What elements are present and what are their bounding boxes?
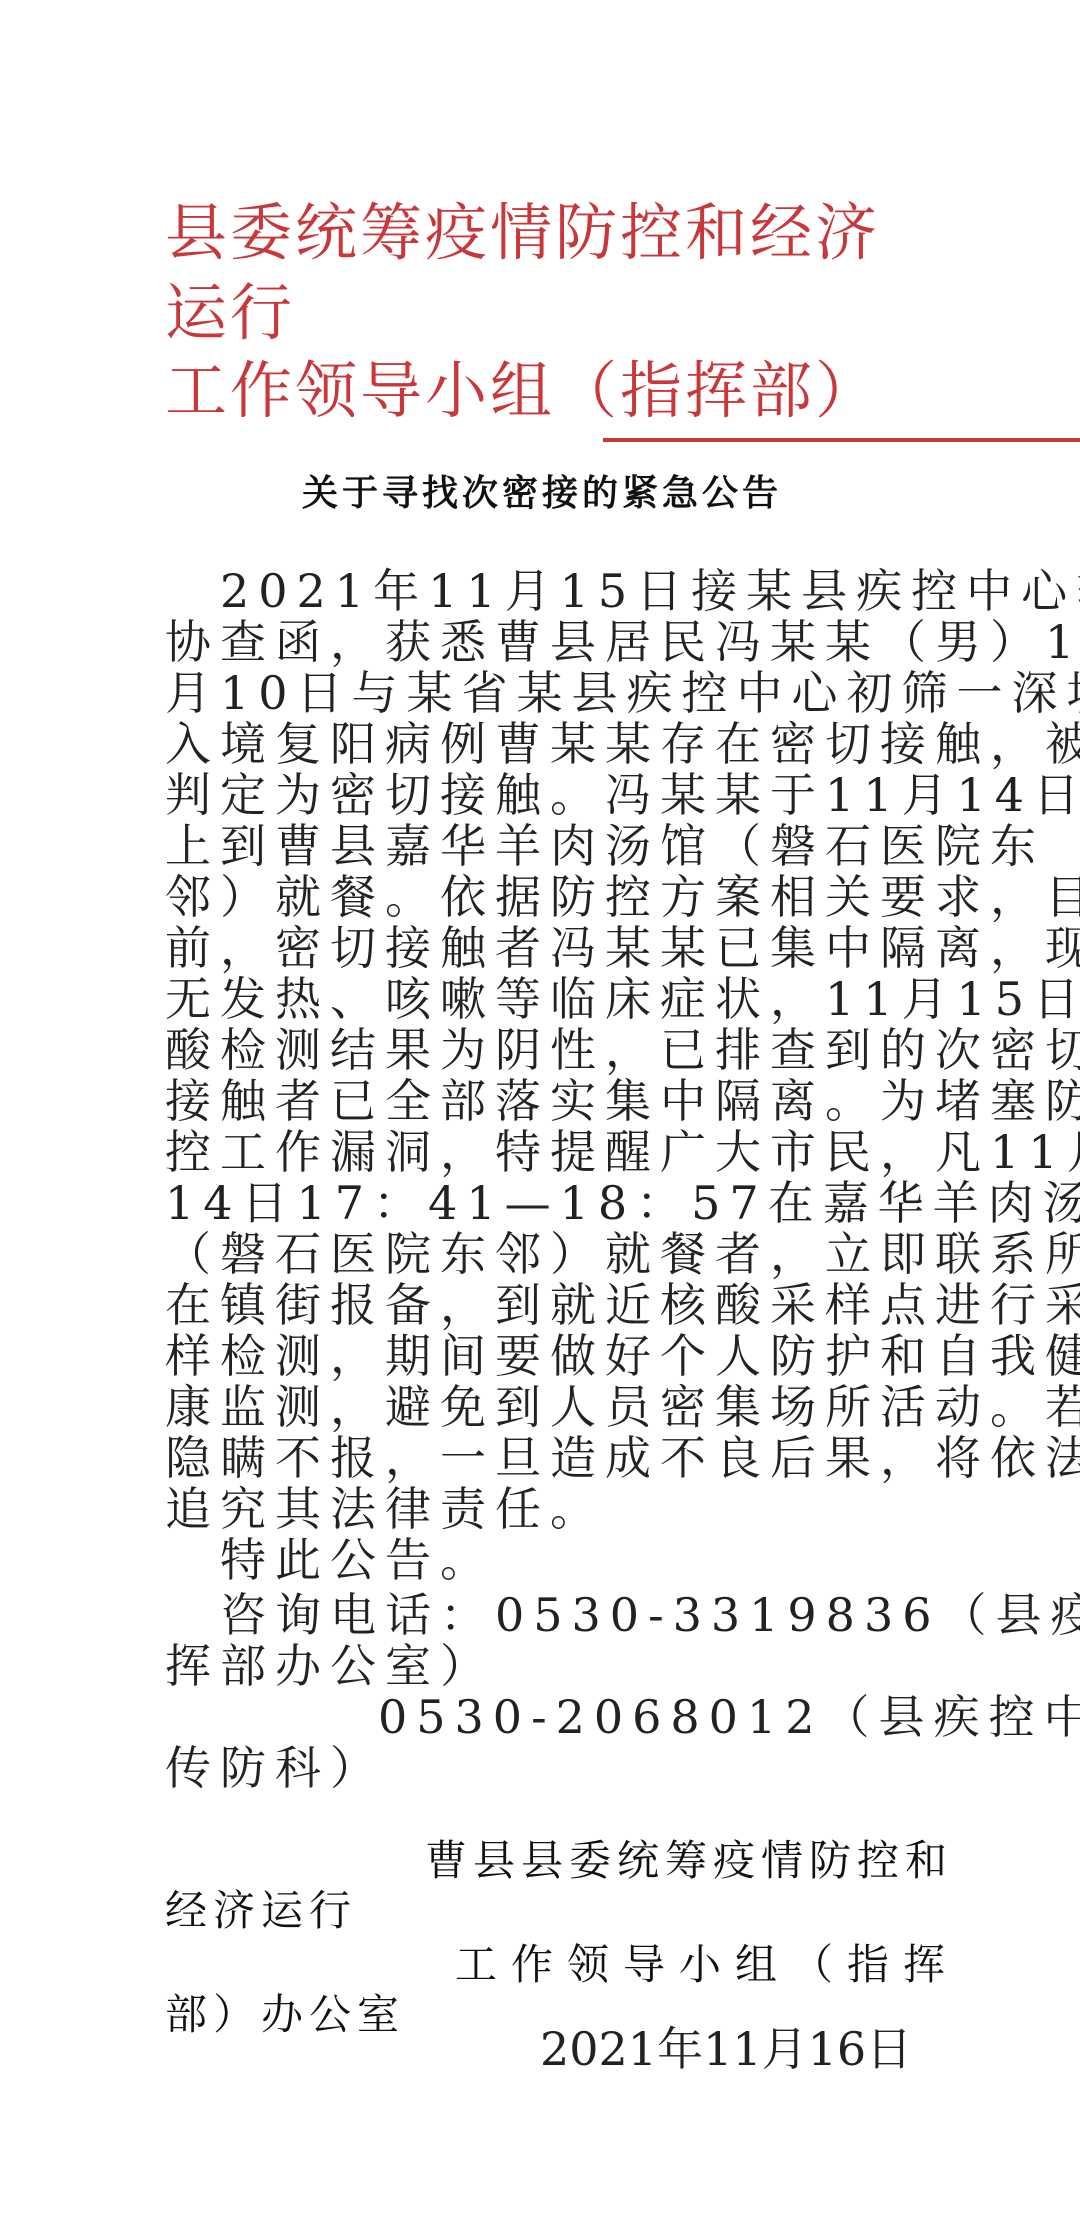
- body-line: 2021年11月15日接某县疾控中心转: [165, 566, 1080, 616]
- notice-subtitle: 关于寻找次密接的紧急公告: [302, 472, 782, 516]
- signature-org-line-1-cont: 经济运行: [165, 1886, 357, 1936]
- contact-phone-1: 咨询电话：0530-3319836（县疫情指: [165, 1590, 1080, 1640]
- issuer-title-line-1: 县委统筹疫情防控和经济: [165, 200, 880, 266]
- body-line: 前，密切接触者冯某某已集中隔离，现: [165, 923, 1080, 973]
- signature-org-line-2: 工作领导小组（指挥: [455, 1940, 959, 1990]
- body-line: 康监测，避免到人员密集场所活动。若: [165, 1382, 1080, 1432]
- body-line: 上到曹县嘉华羊肉汤馆（磐石医院东: [165, 821, 1045, 871]
- body-line: 14日17：41—18：57在嘉华羊肉汤馆: [165, 1178, 1080, 1228]
- body-line: （磐石医院东邻）就餐者，立即联系所: [165, 1229, 1080, 1279]
- signature-org-line-1: 曹县县委统筹疫情防控和: [425, 1836, 953, 1886]
- red-divider-line: [603, 438, 1080, 442]
- body-line: 控工作漏洞，特提醒广大市民，凡11月: [165, 1127, 1080, 1177]
- body-line: 无发热、咳嗽等临床症状，11月15日核: [165, 974, 1080, 1024]
- body-line: 追究其法律责任。: [165, 1484, 605, 1534]
- body-line: 邻）就餐。依据防控方案相关要求，目: [165, 872, 1080, 922]
- body-line: 判定为密切接触。冯某某于11月14日晚: [165, 770, 1080, 820]
- closing-text: 特此公告。: [165, 1535, 495, 1585]
- body-line: 样检测，期间要做好个人防护和自我健: [165, 1331, 1080, 1381]
- body-line: 协查函，获悉曹县居民冯某某（男）11: [165, 617, 1080, 667]
- issuer-title-line-2: 运行: [165, 280, 295, 346]
- signature-org-line-2-cont: 部）办公室: [165, 1990, 405, 2040]
- body-line: 酸检测结果为阴性，已排查到的次密切: [165, 1025, 1080, 1075]
- body-line: 在镇街报备，到就近核酸采样点进行采: [165, 1280, 1080, 1330]
- body-line: 隐瞒不报，一旦造成不良后果，将依法: [165, 1433, 1080, 1483]
- signature-date: 2021年11月16日: [540, 2024, 912, 2074]
- body-line: 入境复阳病例曹某某存在密切接触，被: [165, 719, 1080, 769]
- issuer-title-line-3: 工作领导小组（指挥部）: [165, 358, 880, 424]
- body-line: 接触者已全部落实集中隔离。为堵塞防: [165, 1076, 1080, 1126]
- contact-phone-2-cont: 传防科）: [165, 1743, 385, 1793]
- contact-phone-2: 0530-2068012（县疾控中心: [378, 1692, 1080, 1742]
- contact-phone-1-cont: 挥部办公室）: [165, 1641, 495, 1691]
- body-line: 月10日与某省某县疾控中心初筛一深圳: [165, 668, 1080, 718]
